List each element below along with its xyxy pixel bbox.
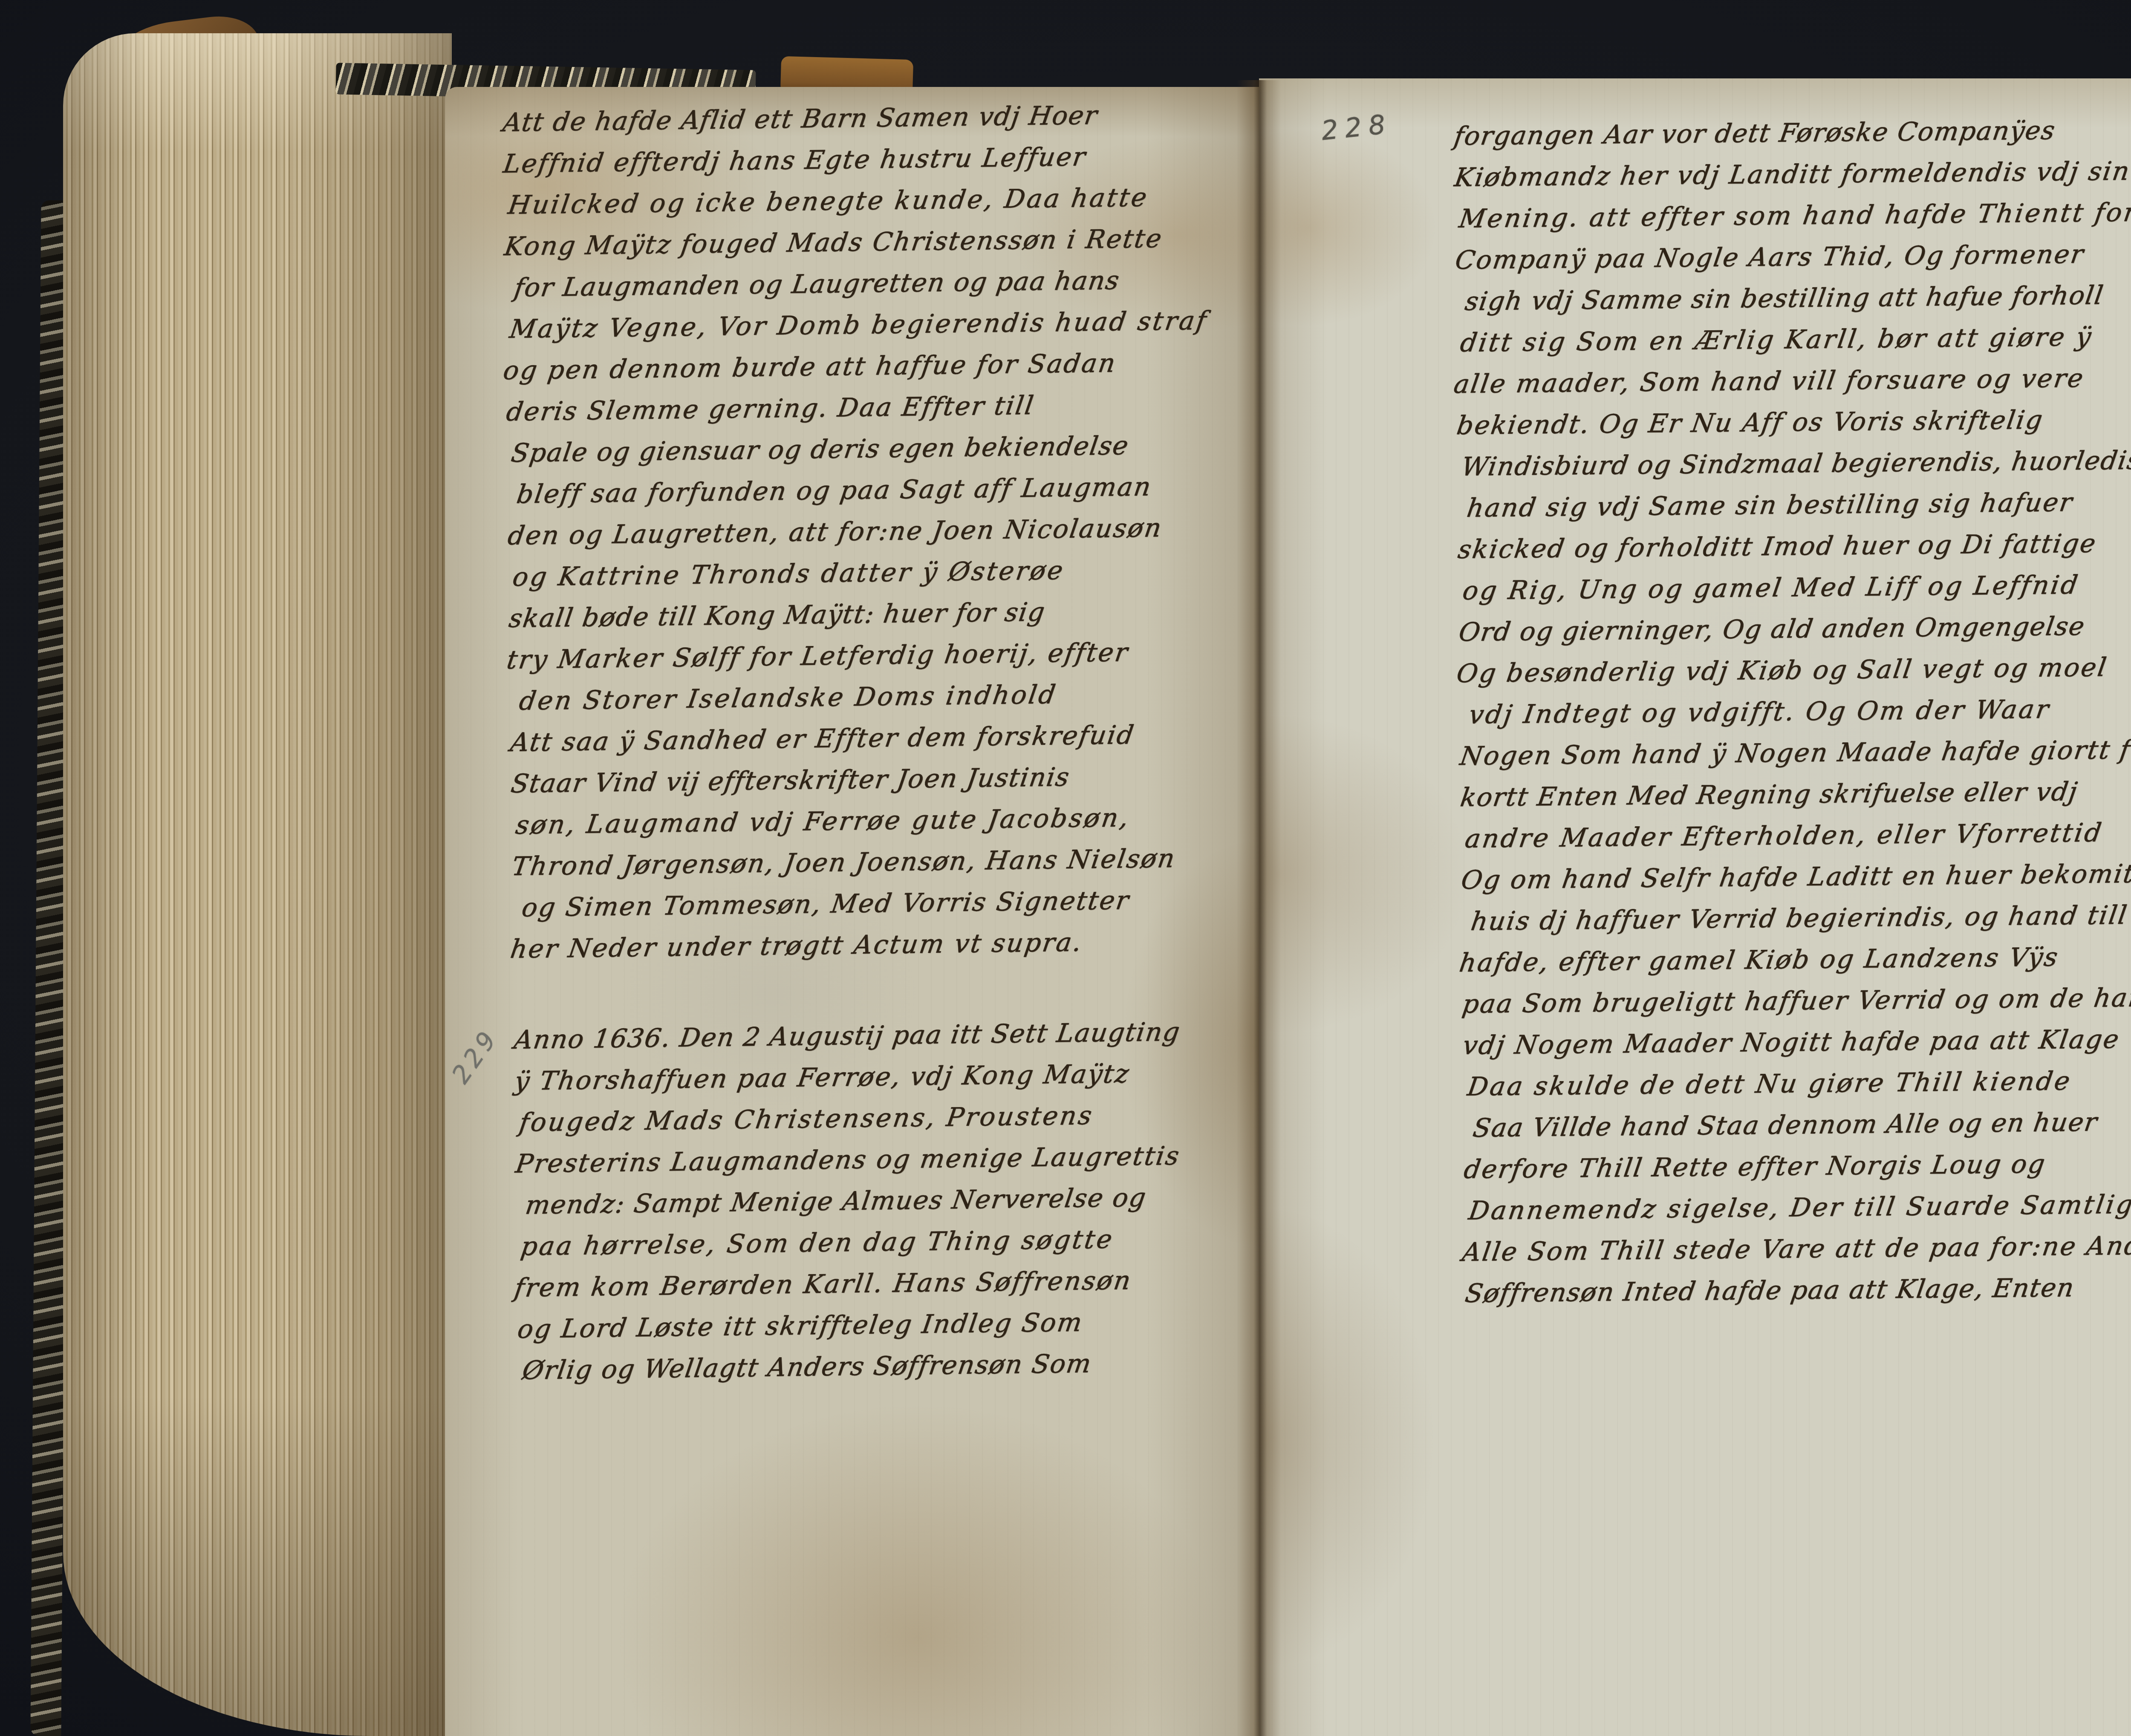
manuscript-line: sigh vdj Samme sin bestilling att hafue … xyxy=(1462,274,2131,323)
manuscript-line: og Rig, Ung og gamel Med Liff og Leffnid xyxy=(1460,563,2131,612)
manuscript-line: huis dj haffuer Verrid begierindis, og h… xyxy=(1468,894,2131,943)
manuscript-line: alle maader, Som hand vill forsuare og v… xyxy=(1451,356,2131,405)
manuscript-line: vdj Indtegt og vdgifft. Og Om der Waar xyxy=(1466,687,2131,736)
manuscript-photograph: 229 Att de hafde Aflid ett Barn Samen vd… xyxy=(0,0,2131,1736)
manuscript-line: andre Maader Efterholden, eller Vforrett… xyxy=(1462,811,2131,860)
manuscript-line: forgangen Aar vor dett Førøske Companÿes xyxy=(1451,108,2131,157)
manuscript-line: hand sig vdj Same sin bestilling sig haf… xyxy=(1464,480,2131,529)
manuscript-line: Ord og gierninger, Og ald anden Omgengel… xyxy=(1456,604,2131,653)
right-page-text: forgangen Aar vor dett Førøske Companÿes… xyxy=(1451,108,2131,1315)
manuscript-line: Saa Villde hand Staa dennom Alle og en h… xyxy=(1470,1100,2131,1149)
manuscript-line: Dannemendz sigelse, Der till Suarde Samt… xyxy=(1466,1183,2131,1232)
manuscript-line: Alle Som Thill stede Vare att de paa for… xyxy=(1459,1224,2131,1273)
margin-folio-number: 229 xyxy=(446,1023,504,1089)
manuscript-line: skicked og forholditt Imod huer og Di fa… xyxy=(1455,522,2131,571)
manuscript-line: paa Som brugeligtt haffuer Verrid og om … xyxy=(1459,976,2131,1025)
manuscript-line: Windisbiurd og Sindzmaal begierendis, hu… xyxy=(1458,439,2131,488)
left-page-text: Att de hafde Aflid ett Barn Samen vdj Ho… xyxy=(500,93,1260,1392)
manuscript-line: kortt Enten Med Regning skrifuelse eller… xyxy=(1458,770,2131,819)
manuscript-line: Daa skulde de dett Nu giøre Thill kiende xyxy=(1464,1059,2131,1108)
left-page-entry-2: Anno 1636. Den 2 Augustij paa itt Sett L… xyxy=(511,1010,1260,1392)
manuscript-line: hafde, effter gamel Kiøb og Landzens Vÿs xyxy=(1457,935,2131,984)
manuscript-line: derfore Thill Rette effter Norgis Loug o… xyxy=(1461,1142,2131,1191)
manuscript-line: Søffrensøn Inted hafde paa att Klage, En… xyxy=(1462,1266,2131,1315)
manuscript-line: Og om hand Selfr hafde Laditt en huer be… xyxy=(1458,852,2131,901)
manuscript-line: Ørlig og Wellagtt Anders Søffrensøn Som xyxy=(520,1341,1260,1392)
manuscript-line: ditt sig Som en Ærlig Karll, bør att giø… xyxy=(1458,315,2131,364)
manuscript-line: bekiendt. Og Er Nu Aff os Voris skriftel… xyxy=(1454,398,2131,447)
left-page-entry-1: Att de hafde Aflid ett Barn Samen vdj Ho… xyxy=(500,93,1260,970)
manuscript-line: Companÿ paa Nogle Aars Thid, Og formener xyxy=(1452,232,2131,281)
manuscript-line: Og besønderlig vdj Kiøb og Sall vegt og … xyxy=(1454,646,2131,695)
manuscript-line: Nogen Som hand ÿ Nogen Maade hafde giort… xyxy=(1457,728,2131,777)
right-page: 228 forgangen Aar vor dett Førøske Compa… xyxy=(1259,78,2131,1736)
page-stack-fore-edge-left xyxy=(63,33,452,1736)
manuscript-line: Mening. att effter som hand hafde Thient… xyxy=(1456,191,2131,240)
manuscript-line: vdj Nogem Maader Nogitt hafde paa att Kl… xyxy=(1460,1018,2131,1067)
page-number: 228 xyxy=(1320,108,1394,147)
left-page: 229 Att de hafde Aflid ett Barn Samen vd… xyxy=(445,87,1260,1736)
manuscript-line: Kiøbmandz her vdj Landitt formeldendis v… xyxy=(1452,150,2131,199)
